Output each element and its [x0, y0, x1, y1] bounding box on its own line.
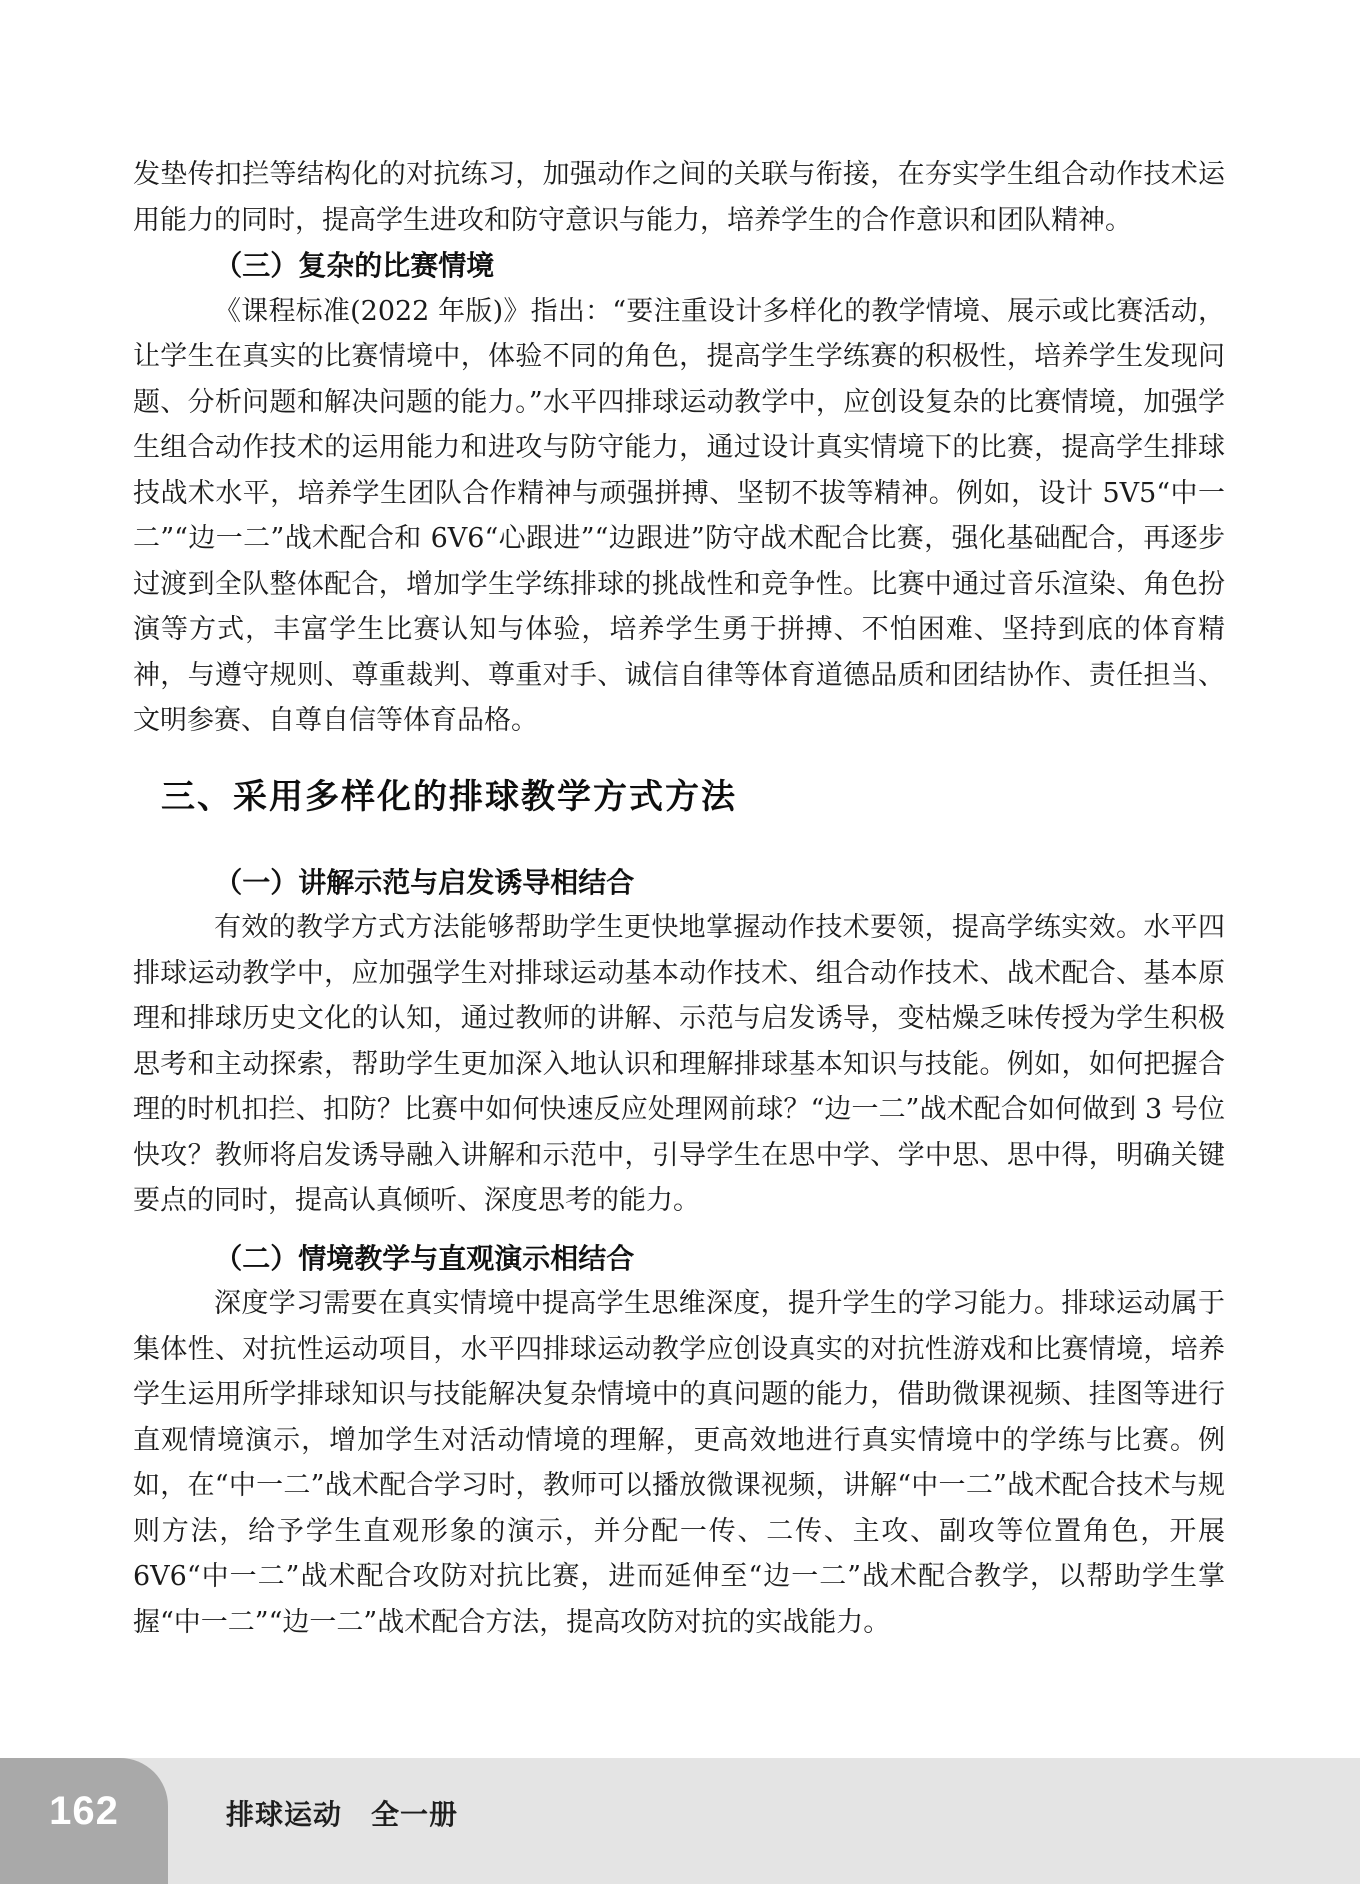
paragraph-explain-demo: 有效的教学方式方法能够帮助学生更快地掌握动作技术要领，提高学练实效。水平四排球运… [133, 905, 1225, 1224]
section-heading-teaching-methods: 三、采用多样化的排球教学方式方法 [161, 774, 1225, 820]
subsection-heading-situational-teaching: （二）情境教学与直观演示相结合 [133, 1236, 1225, 1282]
page-number: 162 [49, 1789, 119, 1833]
paragraph-complex-situation: 《课程标准(2022 年版)》指出：“要注重设计多样化的教学情境、展示或比赛活动… [133, 289, 1225, 744]
footer-band: 162 排球运动 全一册 [0, 1758, 1360, 1884]
page-number-tab: 162 [0, 1758, 168, 1884]
page-body: 发垫传扣拦等结构化的对抗练习，加强动作之间的关联与衔接，在夯实学生组合动作技术运… [133, 152, 1225, 1645]
book-title: 排球运动 全一册 [226, 1797, 458, 1833]
subsection-heading-complex-situation: （三）复杂的比赛情境 [133, 243, 1225, 289]
textbook-page: { "content": { "intro_paragraph": "发垫传扣拦… [0, 0, 1360, 1884]
paragraph-situational-teaching: 深度学习需要在真实情境中提高学生思维深度，提升学生的学习能力。排球运动属于集体性… [133, 1281, 1225, 1645]
subsection-heading-explain-demo: （一）讲解示范与启发诱导相结合 [133, 860, 1225, 906]
paragraph-continuation: 发垫传扣拦等结构化的对抗练习，加强动作之间的关联与衔接，在夯实学生组合动作技术运… [133, 152, 1225, 243]
